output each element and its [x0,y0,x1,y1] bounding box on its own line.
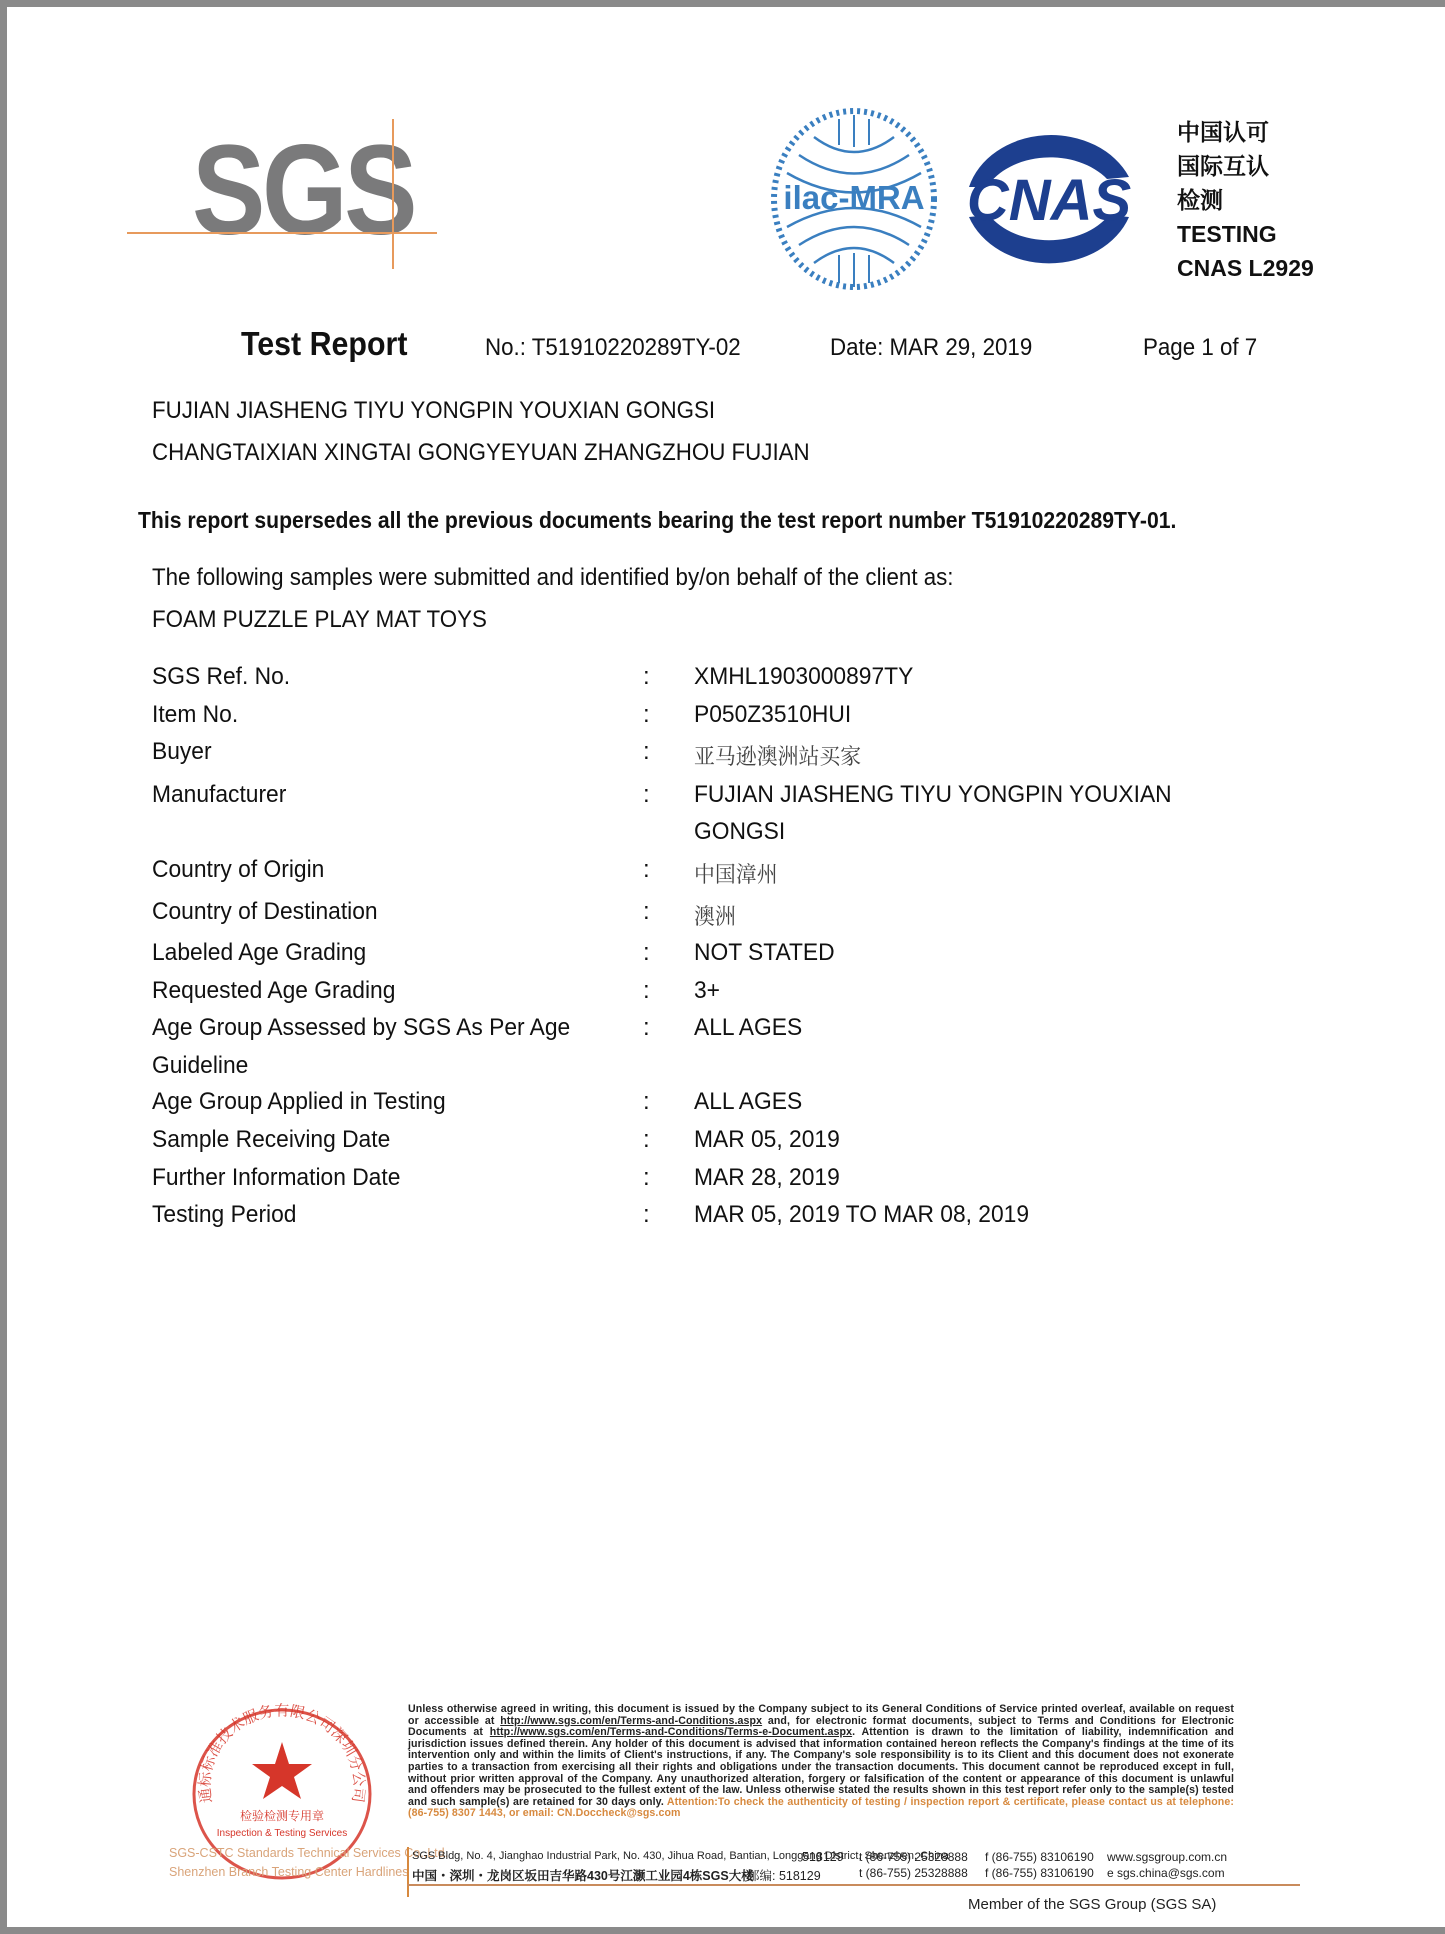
detail-colon: : [643,1164,650,1192]
detail-value: 3+ [694,977,720,1005]
detail-value: 中国漳州 [694,858,778,889]
terms-and-conditions: Unless otherwise agreed in writing, this… [408,1704,1234,1820]
accreditation-line: CNAS L2929 [1177,251,1314,285]
client-address: CHANGTAIXIAN XINGTAI GONGYEYUAN ZHANGZHO… [152,439,810,467]
detail-value: ALL AGES [694,1088,802,1116]
telephone-2: t (86-755) 25328888 [859,1866,968,1880]
detail-value: NOT STATED [694,939,835,967]
report-page: SGS ilac-MRA CNAS 中国认可 国际互认 检测 TESTING C… [7,7,1445,1927]
detail-colon: : [643,738,650,766]
detail-colon: : [643,977,650,1005]
sgs-logo: SGS [192,127,414,255]
detail-colon: : [643,1014,650,1042]
detail-colon: : [643,939,650,967]
accreditation-line: TESTING [1177,217,1314,251]
detail-colon: : [643,856,650,884]
detail-label: Labeled Age Grading [152,939,366,967]
intro-text: The following samples were submitted and… [152,564,954,592]
detail-colon: : [643,1126,650,1154]
address-chinese: 中国・深圳・龙岗区坂田吉华路430号江灏工业园4栋SGS大楼 [412,1866,754,1884]
detail-label: SGS Ref. No. [152,663,290,691]
fax-2: f (86-755) 83106190 [985,1866,1094,1880]
stamp-caption-line2: Shenzhen Branch Testing Center Hardlines [169,1865,409,1879]
postcode-chinese: 邮编: 518129 [747,1866,821,1884]
detail-value: MAR 05, 2019 [694,1126,840,1154]
website[interactable]: www.sgsgroup.com.cn [1107,1850,1227,1864]
detail-label: Sample Receiving Date [152,1126,390,1154]
detail-value: ALL AGES [694,1014,802,1042]
report-number: No.: T51910220289TY-02 [485,334,741,362]
detail-label: Country of Destination [152,898,378,926]
svg-text:Inspection & Testing Services: Inspection & Testing Services [217,1828,347,1839]
detail-label: Buyer [152,738,212,766]
footer-divider-vertical [407,1847,409,1897]
detail-value: 澳洲 [694,900,736,931]
svg-text:检验检测专用章: 检验检测专用章 [240,1808,324,1823]
sgs-logo-rule-vertical [392,119,394,269]
detail-label: Age Group Applied in Testing [152,1088,446,1116]
detail-label: Further Information Date [152,1164,400,1192]
postcode-english: 518129 [802,1850,844,1864]
detail-value: P050Z3510HUI [694,701,851,729]
detail-label: Age Group Assessed by SGS As Per Age [152,1014,570,1042]
detail-colon: : [643,898,650,926]
email[interactable]: e sgs.china@sgs.com [1107,1866,1225,1880]
detail-value: MAR 05, 2019 TO MAR 08, 2019 [694,1201,1029,1229]
page-title: Test Report [241,325,407,363]
detail-label-continued: Guideline [152,1052,248,1080]
svg-text:ilac-MRA: ilac-MRA [783,179,924,216]
detail-value: 亚马逊澳洲站买家 [694,740,861,771]
detail-label: Requested Age Grading [152,977,395,1005]
sample-name: FOAM PUZZLE PLAY MAT TOYS [152,606,487,634]
client-name: FUJIAN JIASHENG TIYU YONGPIN YOUXIAN GON… [152,397,715,425]
fax-1: f (86-755) 83106190 [985,1850,1094,1864]
detail-colon: : [643,701,650,729]
footer-divider-horizontal [407,1884,1300,1886]
sgs-logo-rule-horizontal [127,232,437,234]
detail-label: Testing Period [152,1201,296,1229]
detail-label: Item No. [152,701,238,729]
detail-value-continued: GONGSI [694,818,785,846]
detail-value: FUJIAN JIASHENG TIYU YONGPIN YOUXIAN [694,781,1172,809]
detail-value: MAR 28, 2019 [694,1164,840,1192]
accreditation-line: 检测 [1177,183,1314,217]
report-date: Date: MAR 29, 2019 [830,334,1032,362]
detail-colon: : [643,1088,650,1116]
svg-text:CNAS: CNAS [967,168,1132,233]
accreditation-line: 国际互认 [1177,149,1314,183]
detail-colon: : [643,663,650,691]
detail-colon: : [643,781,650,809]
cnas-logo-icon: CNAS [949,117,1149,277]
telephone-1: t (86-755) 25328888 [859,1850,968,1864]
detail-label: Manufacturer [152,781,286,809]
accreditation-line: 中国认可 [1177,115,1314,149]
detail-label: Country of Origin [152,856,324,884]
detail-value: XMHL1903000897TY [694,663,913,691]
page-indicator: Page 1 of 7 [1143,334,1257,362]
supersede-notice: This report supersedes all the previous … [138,507,1176,534]
detail-colon: : [643,1201,650,1229]
ilac-mra-logo-icon: ilac-MRA [769,107,939,292]
terms-link[interactable]: http://www.sgs.com/en/Terms-and-Conditio… [500,1715,762,1727]
accreditation-text: 中国认可 国际互认 检测 TESTING CNAS L2929 [1177,115,1314,285]
sgs-group-membership: Member of the SGS Group (SGS SA) [968,1896,1216,1913]
e-document-terms-link[interactable]: http://www.sgs.com/en/Terms-and-Conditio… [490,1726,852,1738]
